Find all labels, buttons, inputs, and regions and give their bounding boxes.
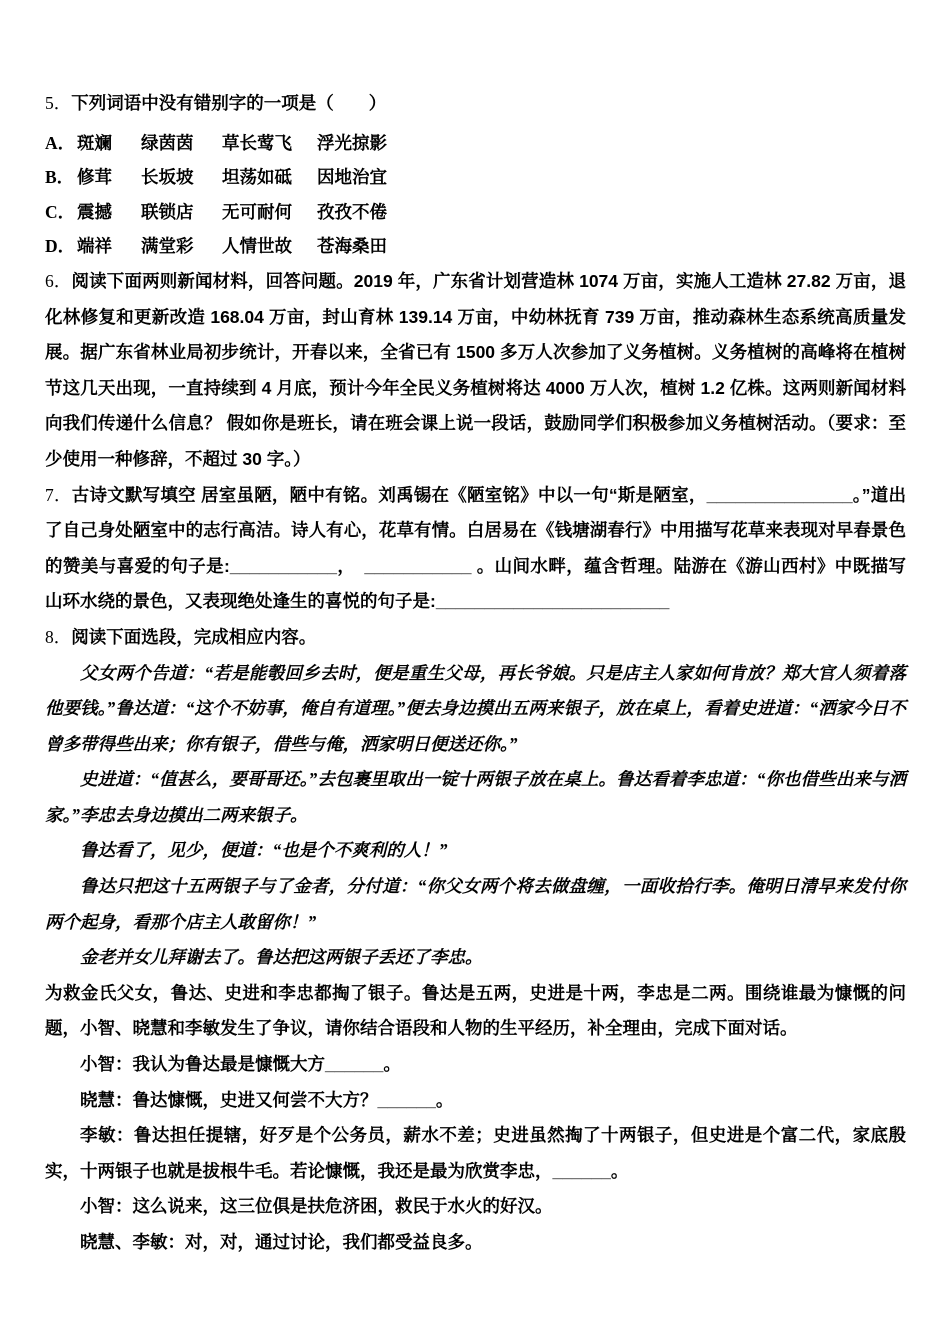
- question-7-text: 古诗文默写填空 居室虽陋，陋中有铭。刘禹锡在《陋室铭》中以一句“斯是陋室，___…: [45, 485, 906, 612]
- option-c-word-3: 无可耐何: [222, 195, 317, 230]
- question-6: 6．阅读下面两则新闻材料，回答问题。2019 年，广东省计划营造林 1074 万…: [45, 264, 906, 478]
- question-5-option-b: B． 修茸 长坂坡 坦荡如砥 因地治宜: [45, 160, 906, 195]
- question-8-passage: 父女两个告道：“若是能彀回乡去时，便是重生父母，再长爷娘。只是店主人家如何肯放？…: [45, 656, 906, 976]
- option-b-word-4: 因地治宜: [317, 160, 906, 195]
- option-d-word-1: 端祥: [77, 229, 141, 264]
- option-b-word-3: 坦荡如砥: [222, 160, 317, 195]
- option-d-word-4: 苍海桑田: [317, 229, 906, 264]
- question-5-option-a: A． 斑斓 绿茵茵 草长莺飞 浮光掠影: [45, 126, 906, 161]
- option-b-word-1: 修茸: [77, 160, 141, 195]
- option-c-word-2: 联锁店: [141, 195, 222, 230]
- question-5-option-d: D． 端祥 满堂彩 人情世故 苍海桑田: [45, 229, 906, 264]
- question-8-stem-text: 阅读下面选段，完成相应内容。: [71, 627, 316, 647]
- question-7-number: 7．: [45, 485, 72, 505]
- question-7: 7．古诗文默写填空 居室虽陋，陋中有铭。刘禹锡在《陋室铭》中以一句“斯是陋室，_…: [45, 478, 906, 620]
- passage-paragraph: 鲁达看了，见少，便道：“也是个不爽利的人！”: [45, 833, 906, 869]
- passage-paragraph: 史进道：“值甚么，要哥哥还。”去包裹里取出一锭十两银子放在桌上。鲁达看着李忠道：…: [45, 762, 906, 833]
- option-d-label: D．: [45, 229, 77, 264]
- dialogue-line-xiaozhi-1: 小智：我认为鲁达最是慷慨大方______。: [45, 1047, 906, 1083]
- option-a-word-4: 浮光掠影: [317, 126, 906, 161]
- exam-page: 5．下列词语中没有错别字的一项是（ ） A． 斑斓 绿茵茵 草长莺飞 浮光掠影 …: [0, 0, 950, 1344]
- option-c-word-1: 震撼: [77, 195, 141, 230]
- passage-paragraph: 父女两个告道：“若是能彀回乡去时，便是重生父母，再长爷娘。只是店主人家如何肯放？…: [45, 656, 906, 763]
- dialogue-line-xiaohui-limin: 晓慧、李敏：对，对，通过讨论，我们都受益良多。: [45, 1225, 906, 1261]
- question-6-number: 6．: [45, 271, 72, 291]
- dialogue-line-limin: 李敏：鲁达担任提辖，好歹是个公务员，薪水不差；史进虽然掏了十两银子，但史进是个富…: [45, 1118, 906, 1189]
- option-a-word-3: 草长莺飞: [222, 126, 317, 161]
- option-c-label: C．: [45, 195, 77, 230]
- question-5-number: 5．: [45, 93, 71, 113]
- option-a-word-2: 绿茵茵: [141, 126, 222, 161]
- question-8-number: 8．: [45, 627, 71, 647]
- question-5-text: 下列词语中没有错别字的一项是（ ）: [71, 93, 386, 113]
- option-a-label: A．: [45, 126, 77, 161]
- option-a-word-1: 斑斓: [77, 126, 141, 161]
- dialogue-line-xiaozhi-2: 小智：这么说来，这三位俱是扶危济困，救民于水火的好汉。: [45, 1189, 906, 1225]
- option-b-word-2: 长坂坡: [141, 160, 222, 195]
- question-6-text: 阅读下面两则新闻材料，回答问题。2019 年，广东省计划营造林 1074 万亩，…: [45, 271, 906, 469]
- question-8-stem: 8．阅读下面选段，完成相应内容。: [45, 620, 906, 656]
- passage-paragraph: 金老并女儿拜谢去了。鲁达把这两银子丢还了李忠。: [45, 940, 906, 976]
- dialogue-line-xiaohui-1: 晓慧：鲁达慷慨，史进又何尝不大方？______。: [45, 1083, 906, 1119]
- option-d-word-2: 满堂彩: [141, 229, 222, 264]
- question-8-dialogue: 小智：我认为鲁达最是慷慨大方______。 晓慧：鲁达慷慨，史进又何尝不大方？_…: [45, 1047, 906, 1261]
- question-5-stem: 5．下列词语中没有错别字的一项是（ ）: [45, 86, 906, 122]
- option-b-label: B．: [45, 160, 77, 195]
- passage-paragraph: 鲁达只把这十五两银子与了金者，分付道：“你父女两个将去做盘缠，一面收拾行李。俺明…: [45, 869, 906, 940]
- option-d-word-3: 人情世故: [222, 229, 317, 264]
- question-5-option-c: C． 震撼 联锁店 无可耐何 孜孜不倦: [45, 195, 906, 230]
- question-8-task: 为救金氏父女，鲁达、史进和李忠都掏了银子。鲁达是五两，史进是十两，李忠是二两。围…: [45, 976, 906, 1047]
- option-c-word-4: 孜孜不倦: [317, 195, 906, 230]
